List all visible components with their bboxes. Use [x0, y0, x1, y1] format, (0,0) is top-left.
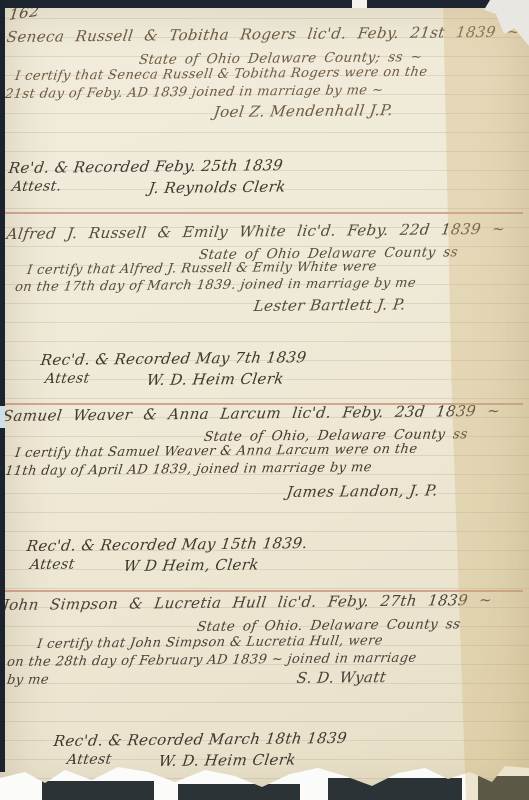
- certification-line-3: by me: [6, 673, 50, 688]
- book-cover-patch: [478, 776, 529, 800]
- attest-label: Attest: [66, 752, 113, 768]
- certification-line-2: 21st day of Feby. AD 1839 joined in marr…: [4, 83, 384, 102]
- officiant-signature: Joel Z. Mendenhall J.P.: [213, 101, 394, 121]
- certification-line-2: on the 28th day of February AD 1839 ~ jo…: [6, 651, 417, 670]
- top-edge-notch: [352, 0, 367, 8]
- recorded-line: Rec'd. & Recorded May 7th 1839: [40, 348, 308, 369]
- recorded-line: Rec'd. & Recorded March 18th 1839: [53, 729, 349, 750]
- recorded-line: Rec'd. & Recorded May 15th 1839.: [26, 534, 309, 555]
- recorded-line: Re'd. & Recorded Feby. 25th 1839: [8, 156, 285, 177]
- book-cover-patch: [328, 778, 462, 800]
- certification-line-1: I certify that Samuel Weaver & Anna Larc…: [14, 442, 418, 461]
- certification-line-1: I certify that John Simpson & Lucretia H…: [36, 633, 384, 652]
- clerk-signature: W D Heim, Clerk: [123, 556, 260, 575]
- clerk-signature: W. D. Heim Clerk: [158, 751, 297, 770]
- officiant-signature: Lester Bartlett J. P.: [253, 295, 407, 315]
- entry-title: John Simpson & Lucretia Hull lic'd. Feby…: [2, 591, 494, 614]
- certification-line-1: I certify that Alfred J. Russell & Emily…: [26, 259, 377, 278]
- red-divider-rule: [0, 212, 523, 214]
- clerk-signature: J. Reynolds Clerk: [148, 178, 287, 197]
- clerk-signature: W. D. Heim Clerk: [146, 370, 285, 389]
- state-line: State of Ohio. Delaware County ss: [196, 616, 462, 635]
- entry-title: Alfred J. Russell & Emily White lic'd. F…: [6, 220, 507, 243]
- ledger-page: 162 Seneca Russell & Tobitha Rogers lic'…: [0, 0, 529, 800]
- certification-line-1: I certify that Seneca Russell & Tobitha …: [14, 65, 428, 84]
- book-left-edge: [0, 0, 5, 772]
- left-edge-notch: [0, 406, 5, 428]
- attest-label: Attest: [29, 557, 76, 573]
- officiant-signature: S. D. Wyatt: [296, 668, 388, 687]
- attest-label: Attest: [44, 371, 91, 387]
- officiant-signature: James Landon, J. P.: [286, 481, 439, 501]
- entry-title: Samuel Weaver & Anna Larcum lic'd. Feby.…: [2, 402, 502, 425]
- certification-line-2: 11th day of April AD 1839, joined in mar…: [4, 460, 373, 479]
- entry-title: Seneca Russell & Tobitha Rogers lic'd. F…: [6, 23, 522, 46]
- book-top-edge: [0, 0, 529, 8]
- book-cover-patch: [178, 784, 300, 800]
- certification-line-2: on the 17th day of March 1839. joined in…: [14, 276, 417, 295]
- book-cover-patch: [42, 781, 154, 800]
- attest-label: Attest.: [11, 178, 63, 195]
